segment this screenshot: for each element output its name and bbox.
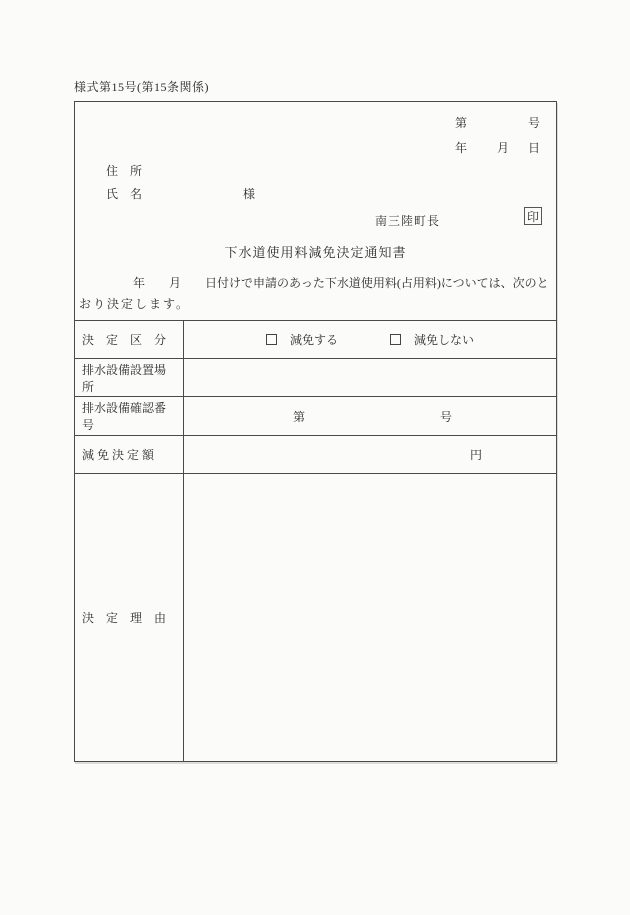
checkbox-not-exempt-icon[interactable] <box>390 334 401 345</box>
body-line-1: 年 月 日付けで申請のあった下水道使用料(占用料)については、次のと <box>79 273 552 294</box>
decision-reason-label: 決 定 理 由 <box>75 474 184 761</box>
form-box: 第 号 年 月 日 住 所 氏 名 様 南三陸町長 印 下水道使用料減免決定通知… <box>74 101 557 762</box>
honorific-label: 様 <box>243 185 255 202</box>
body-line-2: おり決定します。 <box>79 294 552 315</box>
exemption-amount-label: 減 免 決 定 額 <box>75 436 184 473</box>
name-label: 氏 名 <box>106 185 142 202</box>
table-row-decision-reason: 決 定 理 由 <box>75 473 556 761</box>
doc-number-suffix: 号 <box>528 114 540 131</box>
decision-category-label: 決 定 区 分 <box>75 321 184 358</box>
decision-category-value: 減免する 減免しない <box>184 321 556 358</box>
option-exempt-label: 減免する <box>290 331 338 348</box>
date-day-label: 日 <box>528 139 540 156</box>
decision-reason-value <box>184 474 556 761</box>
table-row-decision-category: 決 定 区 分 減免する 減免しない <box>75 320 556 358</box>
exemption-amount-value: 円 <box>184 436 556 473</box>
table-row-exemption-amount: 減 免 決 定 額 円 <box>75 435 556 473</box>
doc-number-prefix: 第 <box>455 114 467 131</box>
body-paragraph: 年 月 日付けで申請のあった下水道使用料(占用料)については、次のと おり決定し… <box>79 273 552 315</box>
form-number-label: 様式第15号(第15条関係) <box>74 78 209 95</box>
document-title: 下水道使用料減免決定通知書 <box>75 242 556 261</box>
document-page: 様式第15号(第15条関係) 第 号 年 月 日 住 所 氏 名 様 南三陸町長… <box>0 0 630 915</box>
table-row-installation-location: 排水設備設置場所 <box>75 358 556 396</box>
issuer-label: 南三陸町長 <box>375 212 440 229</box>
confirmation-number-label: 排水設備確認番号 <box>75 397 184 435</box>
seal-stamp-icon: 印 <box>524 207 542 225</box>
confirmation-number-suffix: 号 <box>440 408 452 425</box>
checkbox-exempt-icon[interactable] <box>266 334 277 345</box>
date-month-label: 月 <box>497 139 509 156</box>
option-exempt: 減免する <box>266 331 338 348</box>
option-not-exempt-label: 減免しない <box>414 331 474 348</box>
decision-table: 決 定 区 分 減免する 減免しない 排水設備設置場所 排水設備確 <box>75 320 556 761</box>
date-year-label: 年 <box>455 139 467 156</box>
confirmation-number-prefix: 第 <box>293 408 305 425</box>
installation-location-value <box>184 359 556 396</box>
address-label: 住 所 <box>106 162 142 179</box>
table-row-confirmation-number: 排水設備確認番号 第 号 <box>75 396 556 435</box>
currency-unit-label: 円 <box>470 446 482 463</box>
option-not-exempt: 減免しない <box>390 331 474 348</box>
installation-location-label: 排水設備設置場所 <box>75 359 184 396</box>
confirmation-number-value: 第 号 <box>184 397 556 435</box>
